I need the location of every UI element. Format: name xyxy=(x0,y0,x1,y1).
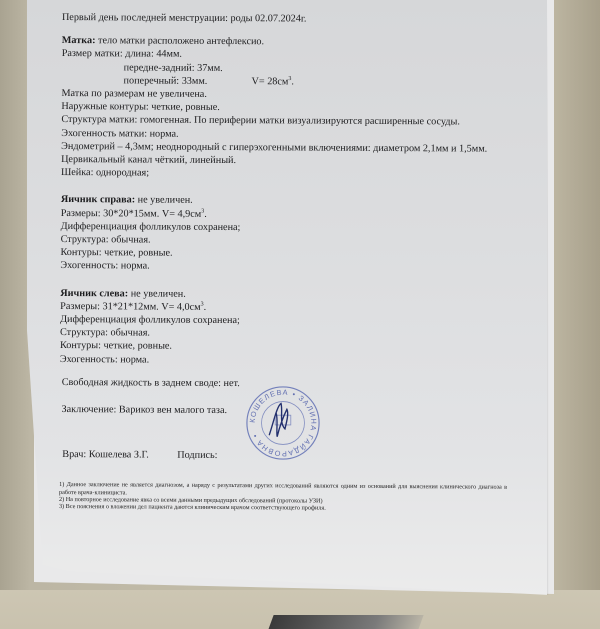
left-ovary-findings: Дифференциация фолликулов сохранена;Стру… xyxy=(60,313,530,369)
dark-object xyxy=(266,615,423,629)
uterus-position-text: тело матки расположено антефлексио. xyxy=(95,35,264,47)
right-ovary-findings: Дифференциация фолликулов сохранена;Стру… xyxy=(60,220,530,276)
right-ovary-heading: Яичник справа: xyxy=(61,194,135,205)
right-ovary-status: не увеличен. xyxy=(135,195,193,206)
doctor-name: Врач: Кошелева З.Г. xyxy=(62,449,149,461)
uterus-transverse: поперечный: 33мм. xyxy=(124,75,208,87)
uterus-volume: V= 28см3. xyxy=(252,75,294,88)
signature-label: Подпись: xyxy=(177,449,217,462)
signature-scribble xyxy=(269,404,287,437)
uterus-heading: Матка: xyxy=(62,35,96,46)
svg-text:КОШЕЛЕВА • ЗАЛИНА ГАЙДАРОВНА •: КОШЕЛЕВА • ЗАЛИНА ГАЙДАРОВНА • xyxy=(248,388,319,459)
footnotes: 1) Данное заключение не является диагноз… xyxy=(59,481,507,513)
doctor-stamp-icon: КОШЕЛЕВА • ЗАЛИНА ГАЙДАРОВНА • xyxy=(244,384,322,462)
uterus-findings: Матка по размерам не увеличена.Наружные … xyxy=(61,87,532,182)
left-ovary-heading: Яичник слева: xyxy=(60,288,128,299)
left-ovary-status: не увеличен. xyxy=(128,288,186,299)
